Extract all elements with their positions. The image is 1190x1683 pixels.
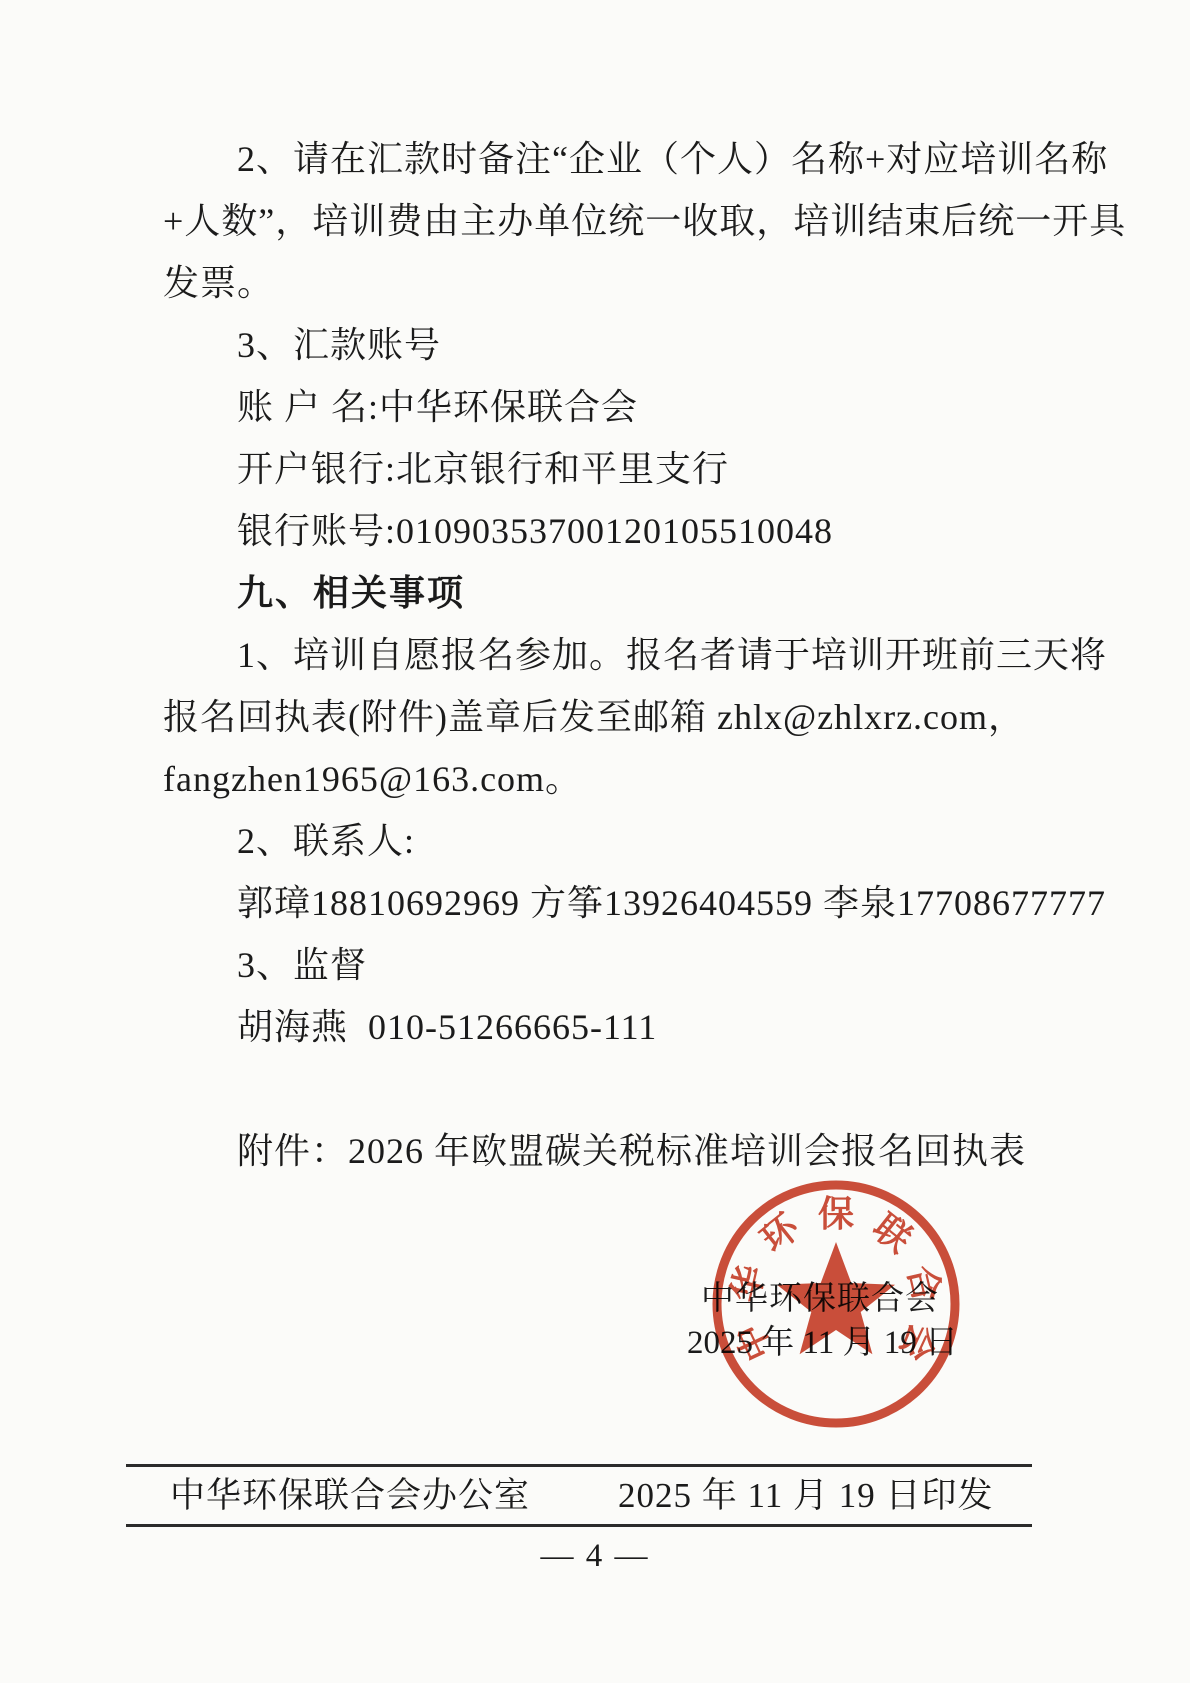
body-line: 开户银行:北京银行和平里支行 — [163, 438, 1045, 500]
body-line: 报名回执表(附件)盖章后发至邮箱 zhlx@zhlxrz.com， — [163, 686, 1045, 748]
seal-arc-char: 华 — [724, 1261, 772, 1305]
seal-arc-char: 合 — [900, 1262, 947, 1306]
body-line: 郭璋18810692969 方筝13926404559 李泉1770867777… — [163, 872, 1045, 934]
footer: 中华环保联合会办公室 2025 年 11 月 19 日印发 — [126, 1468, 1032, 1524]
footer-rule-bottom — [126, 1524, 1032, 1527]
seal-arc-char: 会 — [892, 1317, 943, 1367]
document-page: 2、请在汇款时备注“企业（个人）名称+对应培训名称 +人数”，培训费由主办单位统… — [0, 0, 1190, 1683]
body-line: 2、请在汇款时备注“企业（个人）名称+对应培训名称 — [163, 128, 1045, 190]
document-body: 2、请在汇款时备注“企业（个人）名称+对应培训名称 +人数”，培训费由主办单位统… — [163, 128, 1045, 1182]
footer-rule-top — [126, 1464, 1032, 1467]
footer-print-date: 2025 年 11 月 19 日印发 — [618, 1468, 993, 1524]
body-line: 2、联系人: — [163, 810, 1045, 872]
body-line: 3、汇款账号 — [163, 314, 1045, 376]
official-seal: 中 华 环 保 联 合 会 — [706, 1174, 966, 1434]
blank-line — [163, 1058, 1045, 1120]
body-line: 银行账号:01090353700120105510048 — [163, 500, 1045, 562]
page-number: — 4 — — [0, 1538, 1190, 1575]
body-line: +人数”，培训费由主办单位统一收取，培训结束后统一开具 — [163, 190, 1045, 252]
body-line: fangzhen1965@163.com。 — [163, 748, 1045, 810]
attachment-line: 附件：2026 年欧盟碳关税标准培训会报名回执表 — [163, 1120, 1045, 1182]
body-line: 胡海燕 010-51266665-111 — [163, 996, 1045, 1058]
seal-arc-char: 中 — [729, 1317, 780, 1367]
footer-office: 中华环保联合会办公室 — [170, 1468, 530, 1524]
body-line: 账 户 名:中华环保联合会 — [163, 376, 1045, 438]
body-line: 3、监督 — [163, 934, 1045, 996]
section-heading: 九、相关事项 — [163, 562, 1045, 624]
seal-star-icon — [777, 1242, 895, 1354]
body-line: 1、培训自愿报名参加。报名者请于培训开班前三天将 — [163, 624, 1045, 686]
body-line: 发票。 — [163, 252, 1045, 314]
seal-arc-char: 保 — [818, 1194, 854, 1234]
